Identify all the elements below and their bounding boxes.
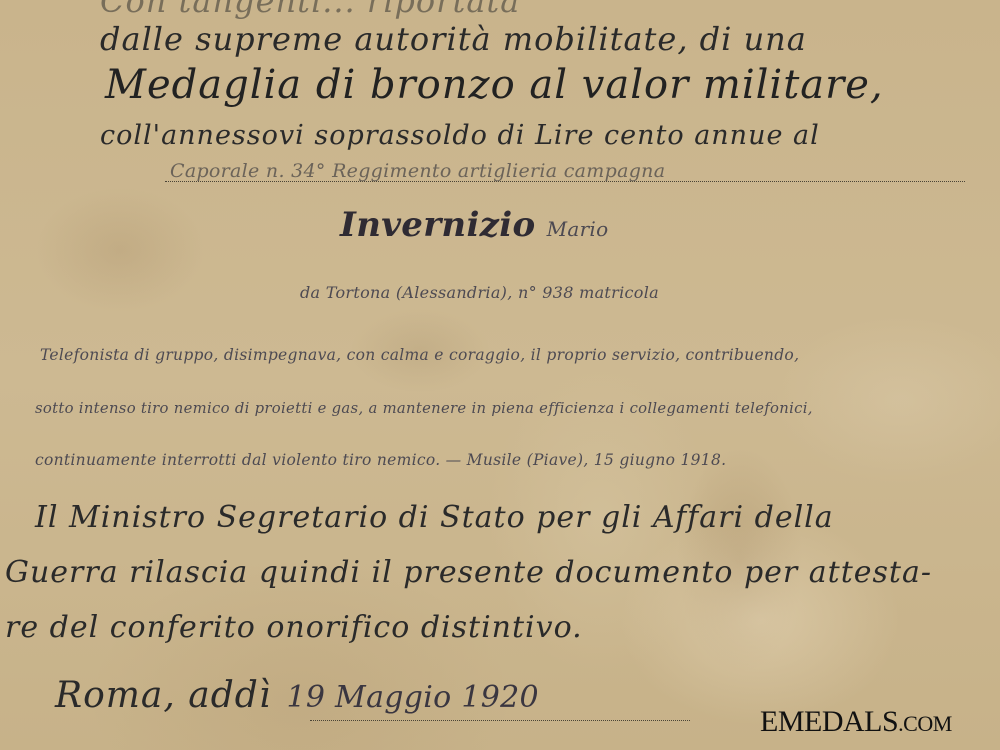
place-label: Roma, addì — [55, 675, 271, 716]
place-date: Roma, addì 19 Maggio 1920 — [55, 675, 539, 716]
date-dotted-line — [310, 720, 690, 721]
medal-title: Medaglia di bronzo al valor militare, — [105, 62, 884, 108]
watermark-suffix: .COM — [898, 711, 952, 736]
recipient-name: Invernizio Mario — [340, 205, 608, 245]
citation-line-3: continuamente interrotti dal violento ti… — [35, 451, 726, 469]
citation-line-1: Telefonista di gruppo, disimpegnava, con… — [40, 346, 799, 364]
ministro-line-1: Il Ministro Segretario di Stato per gli … — [35, 500, 834, 535]
recipient-given-name: Mario — [547, 217, 609, 241]
emedals-watermark: EMEDALS.COM — [760, 705, 952, 739]
ministro-line-2: Guerra rilascia quindi il presente docum… — [5, 555, 932, 590]
recipient-origin: da Tortona (Alessandria), n° 938 matrico… — [300, 283, 659, 302]
recipient-rank-unit: Caporale n. 34° Reggimento artiglieria c… — [170, 160, 665, 182]
citation-line-2: sotto intenso tiro nemico di proietti e … — [35, 400, 813, 417]
recipient-surname: Invernizio — [340, 205, 535, 245]
ministro-line-3: re del conferito onorifico distintivo. — [5, 610, 583, 645]
printed-line-authorities: dalle supreme autorità mobilitate, di un… — [100, 20, 807, 58]
watermark-brand: EMEDALS — [760, 705, 898, 738]
issue-date: 19 Maggio 1920 — [286, 680, 538, 715]
printed-line-cut: Con tangenti... riportata — [100, 0, 520, 20]
printed-line-allowance: coll'annessovi soprassoldo di Lire cento… — [100, 120, 820, 151]
